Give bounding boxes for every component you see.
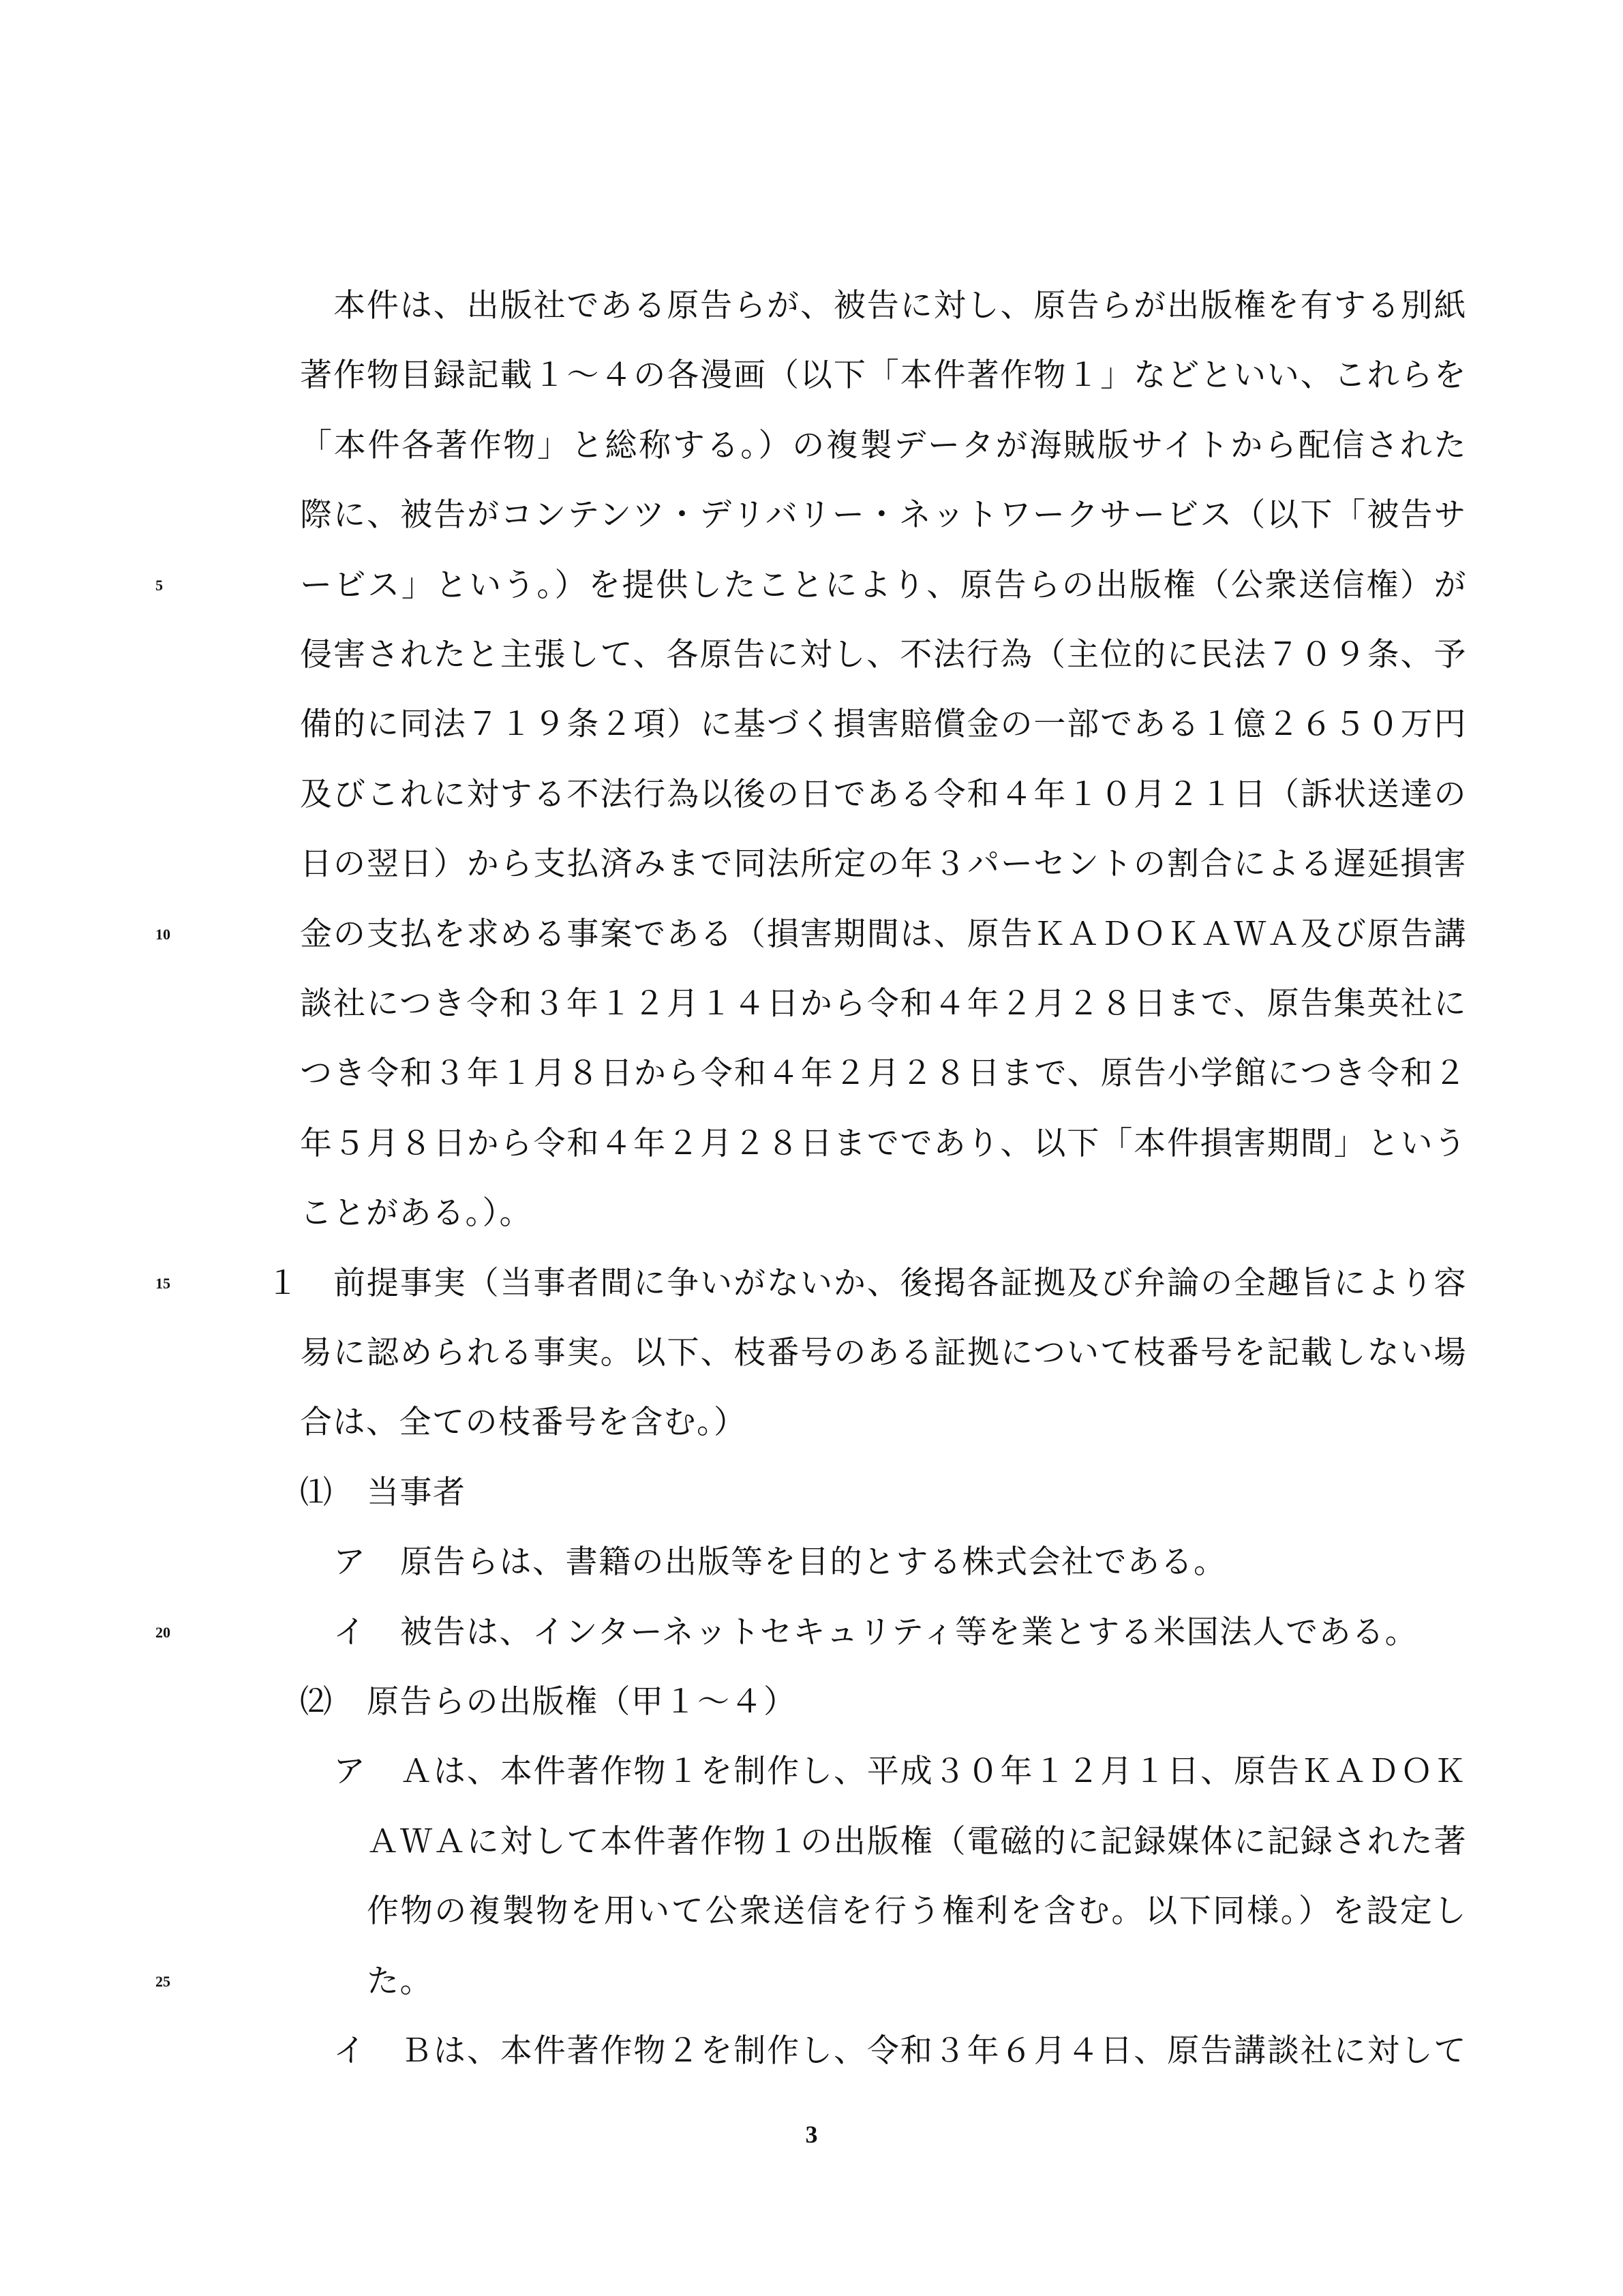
text-line: 当事者 (367, 1458, 466, 1528)
text-line: 作物の複製物を用いて公衆送信を行う権利を含む。以下同様。）を設定し (367, 1877, 1467, 1946)
document-page: 本件は、出版社である原告らが、被告に対し、原告らが出版権を有する別紙著作物目録記… (0, 0, 1623, 2296)
text-line: 著作物目録記載１～４の各漫画（以下「本件著作物１」などといい、これらを (300, 341, 1467, 410)
text-line: 原告らの出版権（甲１～４） (367, 1667, 797, 1737)
text-line: つき令和３年１月８日から令和４年２月２８日まで、原告小学館につき令和２ (300, 1039, 1467, 1108)
text-line: 年５月８日から令和４年２月２８日までであり、以下「本件損害期間」という (300, 1109, 1467, 1179)
text-line: 備的に同法７１９条２項）に基づく損害賠償金の一部である１億２６５０万円 (300, 690, 1467, 759)
text-line: 金の支払を求める事案である（損害期間は、原告ＫＡＤＯＫＡＷＡ及び原告講 (300, 900, 1467, 969)
list-marker: ⑵ (300, 1667, 333, 1737)
list-marker: イ (333, 1598, 367, 1667)
text-line: 及びこれに対する不法行為以後の日である令和４年１０月２１日（訴状送達の (300, 760, 1467, 830)
text-line: 原告らは、書籍の出版等を目的とする株式会社である。 (400, 1528, 1227, 1597)
text-line: 談社につき令和３年１２月１４日から令和４年２月２８日まで、原告集英社に (300, 969, 1467, 1039)
text-line: 日の翌日）から支払済みまで同法所定の年３パーセントの割合による遅延損害 (300, 830, 1467, 899)
line-number: 15 (155, 1249, 196, 1318)
page-number: 3 (0, 2120, 1623, 2149)
text-line: ことがある。）。 (300, 1179, 532, 1248)
text-line: ＡＷＡに対して本件著作物１の出版権（電磁的に記録媒体に記録された著 (367, 1807, 1467, 1877)
text-line: た。 (367, 1947, 433, 2016)
text-line: 易に認められる事実。以下、枝番号のある証拠について枝番号を記載しない場 (300, 1318, 1467, 1388)
list-marker: １ (267, 1249, 300, 1318)
text-line: Ａは、本件著作物１を制作し、平成３０年１２月１日、原告ＫＡＤＯＫ (400, 1737, 1467, 1807)
text-line: 本件は、出版社である原告らが、被告に対し、原告らが出版権を有する別紙 (333, 271, 1467, 341)
line-number: 20 (155, 1598, 196, 1667)
list-marker: イ (333, 2016, 367, 2086)
text-line: 「本件各著作物」と総称する。）の複製データが海賊版サイトから配信された (300, 411, 1467, 481)
text-line: ービス」という。）を提供したことにより、原告らの出版権（公衆送信権）が (300, 551, 1467, 620)
text-line: Ｂは、本件著作物２を制作し、令和３年６月４日、原告講談社に対して (400, 2016, 1467, 2086)
text-line: 際に、被告がコンテンツ・デリバリー・ネットワークサービス（以下「被告サ (300, 481, 1467, 550)
list-marker: ア (333, 1737, 367, 1807)
line-number: 5 (155, 551, 196, 620)
text-line: 合は、全ての枝番号を含む。） (300, 1388, 747, 1457)
text-line: 被告は、インターネットセキュリティ等を業とする米国法人である。 (400, 1598, 1418, 1667)
list-marker: ア (333, 1528, 367, 1597)
text-line: 侵害されたと主張して、各原告に対し、不法行為（主位的に民法７０９条、予 (300, 620, 1467, 690)
text-line: 前提事実（当事者間に争いがないか、後掲各証拠及び弁論の全趣旨により容 (333, 1249, 1467, 1318)
line-number: 10 (155, 900, 196, 969)
list-marker: ⑴ (300, 1458, 333, 1528)
line-number: 25 (155, 1947, 196, 2016)
